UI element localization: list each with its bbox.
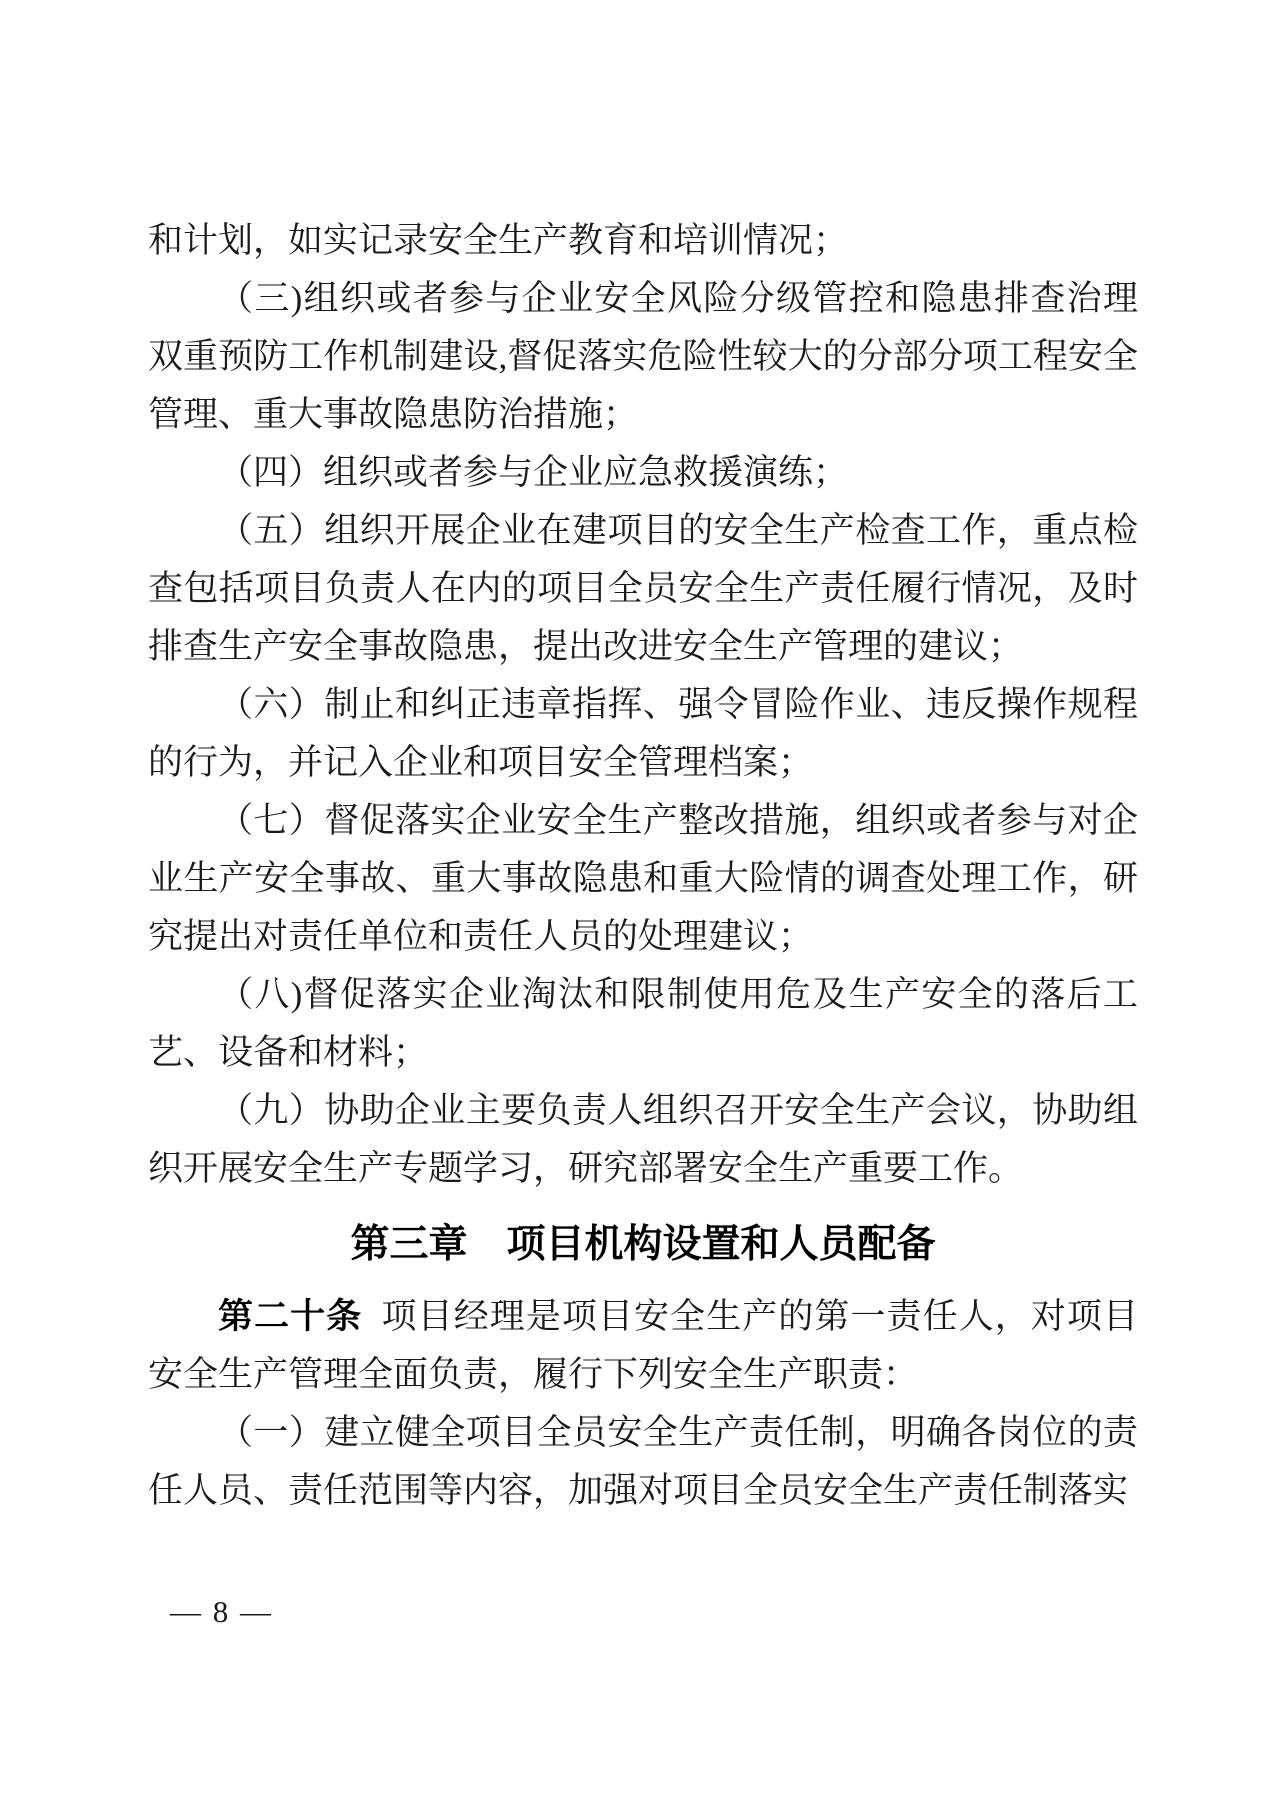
clause-item-5: （五）组织开展企业在建项目的安全生产检查工作，重点检查包括项目负责人在内的项目全… (148, 502, 1138, 676)
article-paragraph: 第二十条项目经理是项目安全生产的第一责任人，对项目安全生产管理全面负责，履行下列… (148, 1288, 1138, 1404)
chapter-heading: 第三章 项目机构设置和人员配备 (148, 1216, 1138, 1274)
clause-item-8: （八)督促落实企业淘汰和限制使用危及生产安全的落后工艺、设备和材料； (148, 966, 1138, 1082)
article-clause-item-1: （一）建立健全项目全员安全生产责任制，明确各岗位的责任人员、责任范围等内容，加强… (148, 1404, 1138, 1520)
paragraph-continuation: 和计划，如实记录安全生产教育和培训情况； (148, 212, 1138, 270)
clause-item-6: （六）制止和纠正违章指挥、强令冒险作业、违反操作规程的行为，并记入企业和项目安全… (148, 676, 1138, 792)
document-page: 和计划，如实记录安全生产教育和培训情况； （三)组织或者参与企业安全风险分级管控… (0, 0, 1280, 1810)
article-number: 第二十条 (218, 1297, 362, 1336)
page-body: 和计划，如实记录安全生产教育和培训情况； （三)组织或者参与企业安全风险分级管控… (148, 212, 1138, 1520)
clause-item-3: （三)组织或者参与企业安全风险分级管控和隐患排查治理双重预防工作机制建设,督促落… (148, 270, 1138, 444)
clause-item-4: （四）组织或者参与企业应急救援演练； (148, 444, 1138, 502)
clause-item-7: （七）督促落实企业安全生产整改措施，组织或者参与对企业生产安全事故、重大事故隐患… (148, 792, 1138, 966)
clause-item-9: （九）协助企业主要负责人组织召开安全生产会议，协助组织开展安全生产专题学习，研究… (148, 1082, 1138, 1198)
page-number: — 8 — (170, 1592, 273, 1632)
